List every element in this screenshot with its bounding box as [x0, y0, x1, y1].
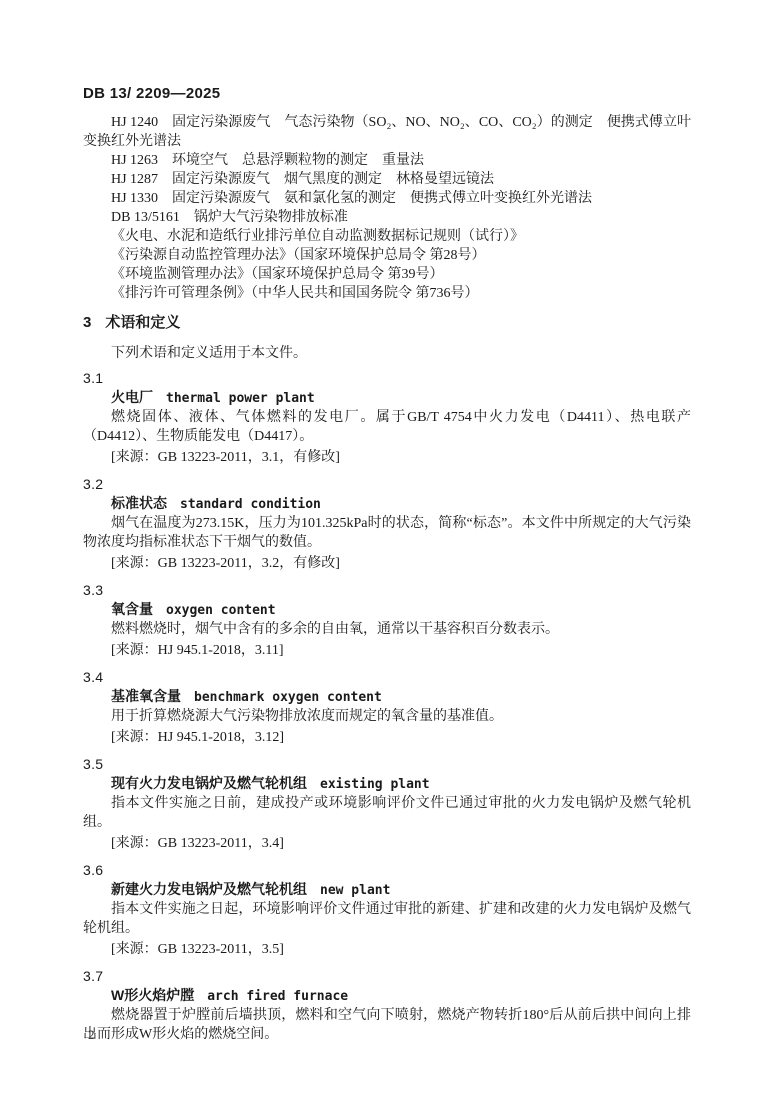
term-title: 基准氧含量benchmark oxygen content	[83, 687, 691, 707]
section-heading: 3术语和定义	[83, 313, 691, 332]
reference-item: 《污染源自动监控管理办法》（国家环境保护总局令 第28号）	[83, 246, 691, 265]
terms-list: 3.1 火电厂thermal power plant 燃烧固体、液体、气体燃料的…	[83, 369, 691, 1044]
term-title-zh: 氧含量	[111, 601, 153, 617]
term-source: [来源：GB 13223-2011，3.5]	[83, 940, 691, 959]
term-title-en: new plant	[320, 883, 390, 898]
section-number: 3	[83, 314, 91, 331]
term-title-zh: 标准状态	[111, 495, 167, 511]
term-title: 标准状态standard condition	[83, 494, 691, 514]
term-title: 氧含量oxygen content	[83, 600, 691, 620]
term-entry-3-7: 3.7 W形火焰炉膛arch fired furnace 燃烧器置于炉膛前后墙拱…	[83, 967, 691, 1044]
term-entry-3-6: 3.6 新建火力发电锅炉及燃气轮机组new plant 指本文件实施之日起，环境…	[83, 861, 691, 959]
page-content: DB 13/ 2209—2025 HJ 1240 固定污染源废气 气态污染物（S…	[83, 84, 691, 1052]
term-title-en: arch fired furnace	[207, 989, 348, 1004]
term-number: 3.7	[83, 967, 691, 986]
term-entry-3-4: 3.4 基准氧含量benchmark oxygen content 用于折算燃烧…	[83, 668, 691, 747]
term-title-en: oxygen content	[166, 603, 276, 618]
term-entry-3-2: 3.2 标准状态standard condition 烟气在温度为273.15K…	[83, 475, 691, 573]
reference-item: HJ 1263 环境空气 总悬浮颗粒物的测定 重量法	[83, 151, 691, 170]
term-number: 3.1	[83, 369, 691, 388]
term-title-en: standard condition	[180, 497, 321, 512]
term-title: 火电厂thermal power plant	[83, 388, 691, 408]
reference-item: 《环境监测管理办法》（国家环境保护总局令 第39号）	[83, 265, 691, 284]
term-title-en: existing plant	[320, 777, 430, 792]
term-source: [来源：HJ 945.1-2018，3.11]	[83, 641, 691, 660]
term-definition: 燃烧固体、液体、气体燃料的发电厂。属于GB/T 4754中火力发电（D4411）…	[83, 408, 691, 446]
term-source: [来源：HJ 945.1-2018，3.12]	[83, 728, 691, 747]
document-page: DB 13/ 2209—2025 HJ 1240 固定污染源废气 气态污染物（S…	[0, 0, 772, 1104]
reference-item: HJ 1330 固定污染源废气 氨和氯化氢的测定 便携式傅立叶变换红外光谱法	[83, 189, 691, 208]
term-number: 3.5	[83, 755, 691, 774]
term-title-zh: 基准氧含量	[111, 688, 181, 704]
reference-item: 《排污许可管理条例》（中华人民共和国国务院令 第736号）	[83, 284, 691, 303]
term-definition: 燃料燃烧时，烟气中含有的多余的自由氧，通常以干基容积百分数表示。	[83, 620, 691, 639]
reference-item: 《火电、水泥和造纸行业排污单位自动监测数据标记规则（试行）》	[83, 227, 691, 246]
reference-item: HJ 1287 固定污染源废气 烟气黑度的测定 林格曼望远镜法	[83, 170, 691, 189]
term-definition: 指本文件实施之日起，环境影响评价文件通过审批的新建、扩建和改建的火力发电锅炉及燃…	[83, 900, 691, 938]
term-entry-3-5: 3.5 现有火力发电锅炉及燃气轮机组existing plant 指本文件实施之…	[83, 755, 691, 853]
term-title-zh: 火电厂	[111, 389, 153, 405]
term-source: [来源：GB 13223-2011，3.2，有修改]	[83, 554, 691, 573]
term-source: [来源：GB 13223-2011，3.4]	[83, 834, 691, 853]
document-code: DB 13/ 2209—2025	[83, 84, 691, 103]
normative-references-list: HJ 1240 固定污染源废气 气态污染物（SO₂、NO、NO₂、CO、CO₂）…	[83, 113, 691, 303]
term-definition: 用于折算燃烧源大气污染物排放浓度而规定的氧含量的基准值。	[83, 707, 691, 726]
term-definition: 指本文件实施之日前，建成投产或环境影响评价文件已通过审批的火力发电锅炉及燃气轮机…	[83, 794, 691, 832]
term-title-zh: 新建火力发电锅炉及燃气轮机组	[111, 881, 307, 897]
term-title: W形火焰炉膛arch fired furnace	[83, 986, 691, 1006]
page-number: 2	[88, 1025, 95, 1044]
term-definition: 燃烧器置于炉膛前后墙拱顶，燃料和空气向下喷射，燃烧产物转折180°后从前后拱中间…	[83, 1006, 691, 1044]
term-entry-3-1: 3.1 火电厂thermal power plant 燃烧固体、液体、气体燃料的…	[83, 369, 691, 467]
reference-item: DB 13/5161 锅炉大气污染物排放标准	[83, 208, 691, 227]
term-number: 3.6	[83, 861, 691, 880]
term-number: 3.4	[83, 668, 691, 687]
section-intro: 下列术语和定义适用于本文件。	[83, 344, 691, 363]
term-title: 现有火力发电锅炉及燃气轮机组existing plant	[83, 774, 691, 794]
term-title-en: thermal power plant	[166, 391, 315, 406]
term-definition: 烟气在温度为273.15K，压力为101.325kPa时的状态，简称“标态”。本…	[83, 514, 691, 552]
term-number: 3.2	[83, 475, 691, 494]
term-title: 新建火力发电锅炉及燃气轮机组new plant	[83, 880, 691, 900]
term-title-zh: 现有火力发电锅炉及燃气轮机组	[111, 775, 307, 791]
term-number: 3.3	[83, 581, 691, 600]
reference-item: HJ 1240 固定污染源废气 气态污染物（SO₂、NO、NO₂、CO、CO₂）…	[83, 113, 691, 151]
term-title-zh: W形火焰炉膛	[111, 987, 194, 1003]
term-title-en: benchmark oxygen content	[194, 690, 382, 705]
term-source: [来源：GB 13223-2011，3.1，有修改]	[83, 448, 691, 467]
term-entry-3-3: 3.3 氧含量oxygen content 燃料燃烧时，烟气中含有的多余的自由氧…	[83, 581, 691, 660]
section-title: 术语和定义	[105, 314, 180, 331]
